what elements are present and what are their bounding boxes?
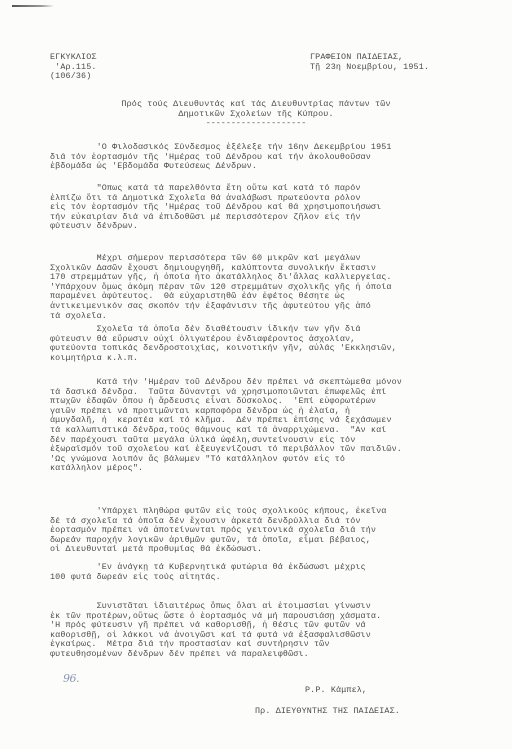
paragraph-line: Σχολεῖα τά ὁποῖα δέν διαθέτουσιν ἰδικήν …	[50, 324, 361, 334]
scan-edge-mark	[12, 5, 54, 7]
paragraph-line: δέν παρέχουσι ταῦτα μεγάλα ὑλικά ὠφέλη,σ…	[50, 435, 355, 445]
paragraph-7: 'Εν ἀνάγκῃ τά Κυβερνητικά φυτώρια θά ἐκδ…	[50, 563, 366, 582]
paragraph-line: τά σχολεῖα.	[50, 311, 107, 321]
paragraph-line: ἐλπίζω ὅτι τά Δημοτικά Σχολεῖα θά ἀναλάβ…	[50, 193, 361, 203]
header-right: ΓΡΑΦΕΙΟΝ ΠΑΙΔΕΙΑΣ, Τῇ 23η Νοεμβρίου, 195…	[310, 53, 429, 72]
paragraph-line: δέ τά σχολεῖα τά ὁποῖα δέν ἔχουσιν ἀρκετ…	[50, 516, 361, 526]
circular-label: ΕΓΚΥΚΛΙΟΣ	[50, 52, 97, 62]
address-block: Πρός τούς Διευθυντάς καί τάς Διευθυντρία…	[0, 100, 512, 129]
paragraph-line: πτωχῶν ἐδαφῶν ὅπου ἡ ἄρδευσις εἶναι δύσκ…	[50, 396, 376, 406]
paragraph-4: Σχολεῖα τά ὁποῖα δέν διαθέτουσιν ἰδικήν …	[50, 325, 397, 363]
paragraph-line: γαιῶν πρέπει νά προτιμῶνται καρποφόρα δέ…	[50, 406, 350, 416]
paragraph-line: παραμένει ἀφύτευτος. Θά εὐχαριστηθῶ ἐάν …	[50, 291, 345, 301]
paragraph-line: ἑορτασμόν πρέπει νά ἀποτείνωνται πρός γε…	[50, 525, 376, 535]
paragraph-line: ἀντικειμενικόν σας σκοπόν τήν ἐξαφάνισιν…	[50, 301, 371, 311]
document-date: Τῇ 23η Νοεμβρίου, 1951.	[310, 62, 429, 72]
paragraph-line: ἐγκαίρως. Μέτρα διά τήν προστασίαν καί σ…	[50, 639, 330, 649]
header-left: ΕΓΚΥΚΛΙΟΣ 'Αρ.115. (106/36)	[50, 53, 97, 82]
document-page: ΕΓΚΥΚΛΙΟΣ 'Αρ.115. (106/36) ΓΡΑΦΕΙΟΝ ΠΑΙ…	[0, 0, 512, 749]
paragraph-line: κοιμητήρια κ.λ.π.	[50, 353, 138, 363]
paragraph-5: Κατά τήν 'Ημέραν τοῦ Δένδρου δέν πρέπει …	[50, 378, 402, 474]
paragraph-line: οἱ Διευθυνταί μετά προθυμίας θά ἐκδώσωσι…	[50, 544, 262, 554]
signatory-title: Πρ. ΔΙΕΥΘΥΝΤΗΣ ΤΗΣ ΠΑΙΔΕΙΑΣ.	[255, 707, 400, 717]
paragraph-line: 100 φυτά δωρεάν εἰς τούς αἰτητάς.	[50, 572, 221, 582]
paragraph-line: ἐξωραϊσμόν τοῦ σχολείου καί ἐξευγενίζουσ…	[50, 444, 402, 454]
paragraph-line: Μέχρι σήμερον περισσότερα τῶν 60 μικρῶν …	[50, 253, 361, 263]
paragraph-line: 'Η πρός φύτευσιν γῆ πρέπει νά καθορισθῇ,…	[50, 620, 366, 630]
paragraph-line: κατάλληλον μέρος".	[50, 463, 143, 473]
paragraph-line: καθορισθῇ, οἱ λάκκοι νά ἀνοιγῶσι καί τά …	[50, 630, 371, 640]
address-underline: --------------------	[0, 119, 512, 129]
paragraph-line: φύτευσιν θά εὕρωσιν οὐχί ὀλιγωτέρου ἐνδι…	[50, 334, 355, 344]
paragraph-3: Μέχρι σήμερον περισσότερα τῶν 60 μικρῶν …	[50, 254, 392, 321]
handwritten-page-number: 96.	[63, 672, 79, 685]
office-name: ΓΡΑΦΕΙΟΝ ΠΑΙΔΕΙΑΣ,	[310, 52, 403, 62]
paragraph-line: 'Υπάρχουν ὅμως ἀκόμη πέραν τῶν 120 στρεμ…	[50, 282, 392, 292]
paragraph-line: ἑβδομάδα ὡς 'Εβδομάδα Φυτεύσεως Δένδρων.	[50, 161, 257, 171]
paragraph-6: 'Υπάρχει πληθώρα φυτῶν εἰς τούς σχολικού…	[50, 507, 386, 555]
paragraph-line: Κατά τήν 'Ημέραν τοῦ Δένδρου δέν πρέπει …	[50, 377, 402, 387]
paragraph-line: εἰς τόν ἑορτασμόν τῆς 'Ημέρας τοῦ Δένδρο…	[50, 202, 381, 212]
paragraph-2: "Οπως κατά τά παρελθόντα ἔτη οὕτω καί κα…	[50, 184, 381, 232]
paragraph-line: τήν εὐκαιρίαν διά νά ἐπιδοθῶσι μέ περισσ…	[50, 212, 361, 222]
paragraph-line: 'Ο Φιλοδασικός Σύνδεσμος ἐξέλεξε τήν 16η…	[50, 142, 392, 152]
paragraph-line: ἀμυγδαλῆ, ἡ κερατέα καί τό κλῆμα. Δέν πρ…	[50, 415, 392, 425]
paragraph-line: 'Ως γνώμονα λοιπόν ἄς βάλωμεν "Τό κατάλλ…	[50, 454, 345, 464]
paragraph-line: τά καλλωπιστικά δένδρα,τούς θάμνους καί …	[50, 425, 386, 435]
file-reference: (106/36)	[50, 71, 91, 81]
address-line-1: Πρός τούς Διευθυντάς καί τάς Διευθυντρία…	[121, 99, 390, 109]
paragraph-line: φυτευθησομένων δένδρων δέν πρέπει νά παρ…	[50, 649, 309, 659]
paragraph-8: Συνιστᾶται ἰδιαιτέρως ὅπως ὅλαι αἱ ἑτοιμ…	[50, 602, 381, 660]
paragraph-line: 170 στρεμμάτων γῆς, ἡ ὁποία ἦτο ἀκατάλλη…	[50, 272, 392, 282]
paragraph-1: 'Ο Φιλοδασικός Σύνδεσμος ἐξέλεξε τήν 16η…	[50, 143, 392, 172]
paragraph-line: "Οπως κατά τά παρελθόντα ἔτη οὕτω καί κα…	[50, 183, 361, 193]
paragraph-line: 'Υπάρχει πληθώρα φυτῶν εἰς τούς σχολικού…	[50, 506, 386, 516]
address-line-2: Δημοτικῶν Σχολείων τῆς Κύπρου.	[178, 109, 333, 119]
paragraph-line: φύτευσιν δένδρων.	[50, 221, 138, 231]
paragraph-line: διά τόν ἑορτασμόν τῆς 'Ημέρας τοῦ Δένδρο…	[50, 152, 371, 162]
paragraph-line: δωρεάν παροχήν λογικῶν ἀριθμῶν φυτῶν, τά…	[50, 535, 371, 545]
paragraph-line: ἐκ τῶν προτέρων,οὕτως ὥστε ὁ ἑορτασμός ν…	[50, 611, 381, 621]
circular-number: 'Αρ.115.	[50, 62, 97, 72]
signatory-name: Ρ.Ρ. Κάμπελ,	[305, 686, 367, 696]
paragraph-line: Συνιστᾶται ἰδιαιτέρως ὅπως ὅλαι αἱ ἑτοιμ…	[50, 601, 371, 611]
paragraph-line: 'Εν ἀνάγκῃ τά Κυβερνητικά φυτώρια θά ἐκδ…	[50, 562, 366, 572]
paragraph-line: φυτεύοντα τοπικάς δενδροστοιχίας, κοινοτ…	[50, 343, 397, 353]
